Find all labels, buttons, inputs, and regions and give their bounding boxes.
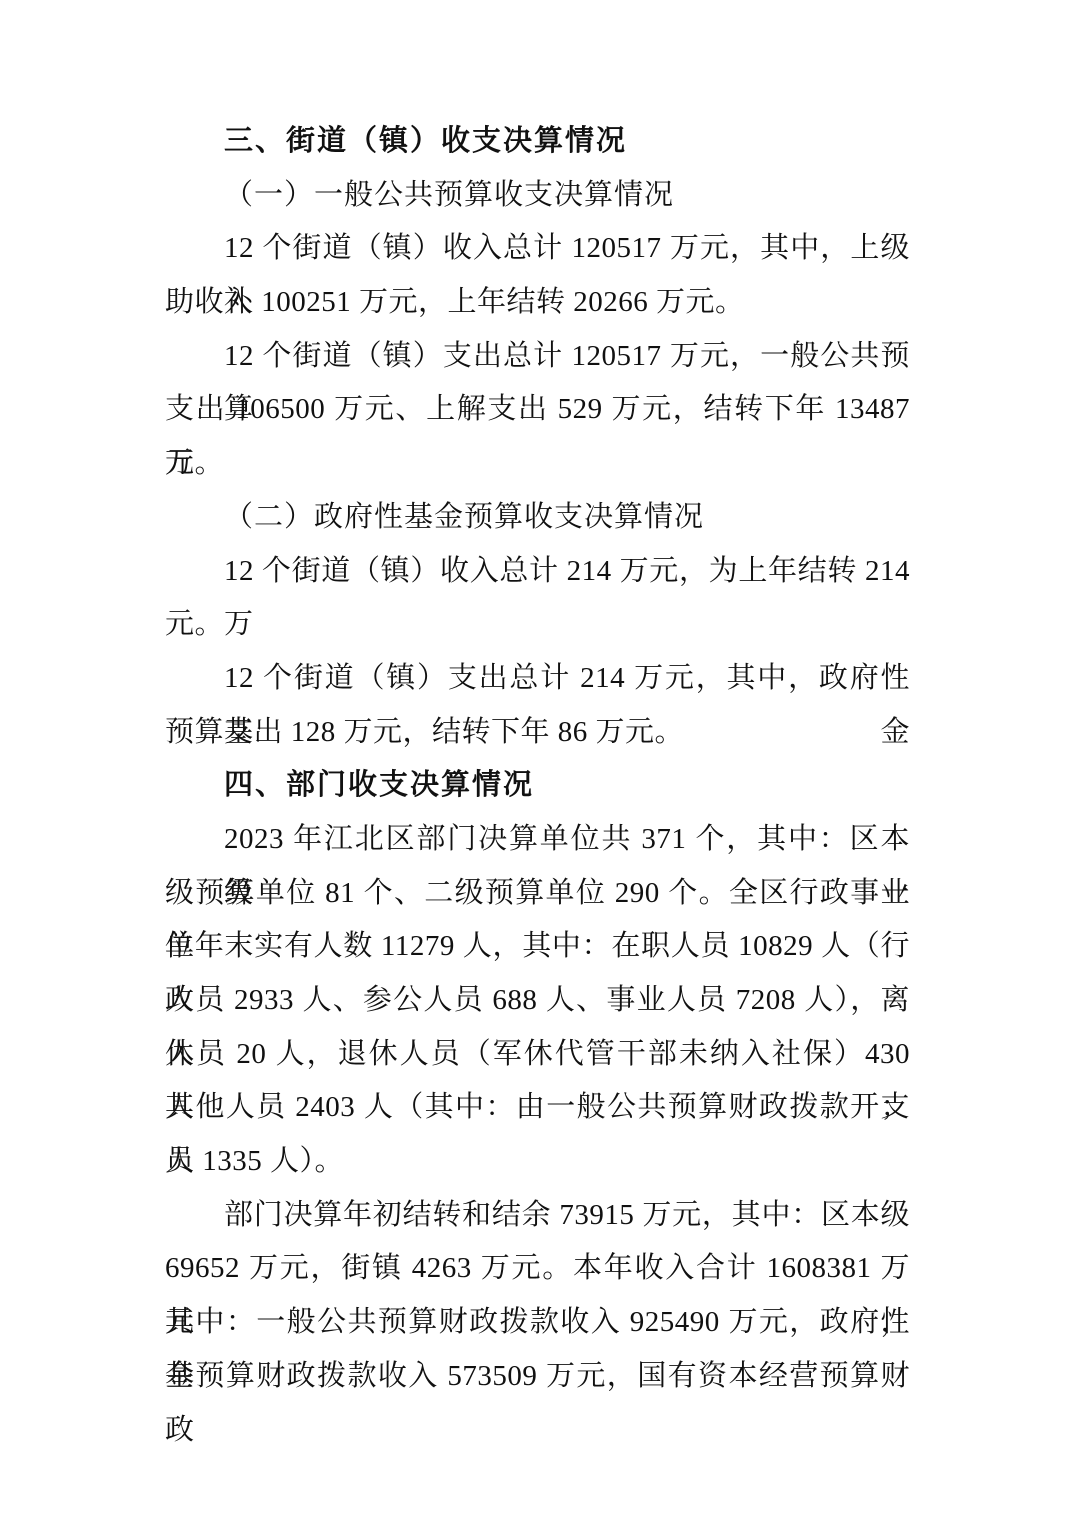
paragraph: 12 个街道（镇）收入总计 120517 万元，其中，上级补助收入 100251… (165, 222, 910, 329)
paragraph: 2023 年江北区部门决算单位共 371 个，其中：区本级一级预算单位 81 个… (165, 813, 910, 1189)
text-line: 其他人员 2403 人（其中：由一般公共预算财政拨款开支人 (165, 1081, 910, 1135)
heading-text: 三、街道（镇）收支决算情况 (165, 115, 910, 169)
text-line: 员 1335 人）。 (165, 1135, 910, 1189)
heading-text: （一）一般公共预算收支决算情况 (165, 169, 910, 223)
text-line: 其中：一般公共预算财政拨款收入 925490 万元，政府性基 (165, 1296, 910, 1350)
text-line: 部门决算年初结转和结余 73915 万元，其中：区本级 (165, 1189, 910, 1243)
text-line: 位年末实有人数 11279 人，其中：在职人员 10829 人（行政 (165, 920, 910, 974)
text-line: 级预算单位 81 个、二级预算单位 290 个。全区行政事业单 (165, 867, 910, 921)
text-line: 12 个街道（镇）支出总计 214 万元，其中，政府性基金 (165, 652, 910, 706)
text-line: 2023 年江北区部门决算单位共 371 个，其中：区本级一 (165, 813, 910, 867)
text-line: 元。 (165, 437, 910, 491)
document-page: 三、街道（镇）收支决算情况（一）一般公共预算收支决算情况12 个街道（镇）收入总… (0, 0, 1074, 1520)
section-heading: 四、部门收支决算情况 (165, 759, 910, 813)
heading-text: 四、部门收支决算情况 (165, 759, 910, 813)
paragraph: 12 个街道（镇）收入总计 214 万元，为上年结转 214 万元。 (165, 545, 910, 652)
section-heading: 三、街道（镇）收支决算情况 (165, 115, 910, 169)
text-line: 助收入 100251 万元，上年结转 20266 万元。 (165, 276, 910, 330)
text-line: 金预算财政拨款收入 573509 万元，国有资本经营预算财政 (165, 1350, 910, 1404)
paragraph: 部门决算年初结转和结余 73915 万元，其中：区本级69652 万元，街镇 4… (165, 1189, 910, 1404)
text-line: 人员 2933 人、参公人员 688 人、事业人员 7208 人），离休 (165, 974, 910, 1028)
heading-text: （二）政府性基金预算收支决算情况 (165, 491, 910, 545)
paragraph: 12 个街道（镇）支出总计 120517 万元，一般公共预算支出 106500 … (165, 330, 910, 491)
text-line: 12 个街道（镇）收入总计 120517 万元，其中，上级补 (165, 222, 910, 276)
text-line: 元。 (165, 598, 910, 652)
text-line: 12 个街道（镇）支出总计 120517 万元，一般公共预算 (165, 330, 910, 384)
subsection-heading: （一）一般公共预算收支决算情况 (165, 169, 910, 223)
text-line: 支出 106500 万元、上解支出 529 万元，结转下年 13487 万 (165, 383, 910, 437)
text-line: 12 个街道（镇）收入总计 214 万元，为上年结转 214 万 (165, 545, 910, 599)
text-line: 人员 20 人，退休人员（军休代管干部未纳入社保）430 人； (165, 1028, 910, 1082)
subsection-heading: （二）政府性基金预算收支决算情况 (165, 491, 910, 545)
paragraph: 12 个街道（镇）支出总计 214 万元，其中，政府性基金预算支出 128 万元… (165, 652, 910, 759)
text-line: 69652 万元，街镇 4263 万元。本年收入合计 1608381 万元， (165, 1242, 910, 1296)
